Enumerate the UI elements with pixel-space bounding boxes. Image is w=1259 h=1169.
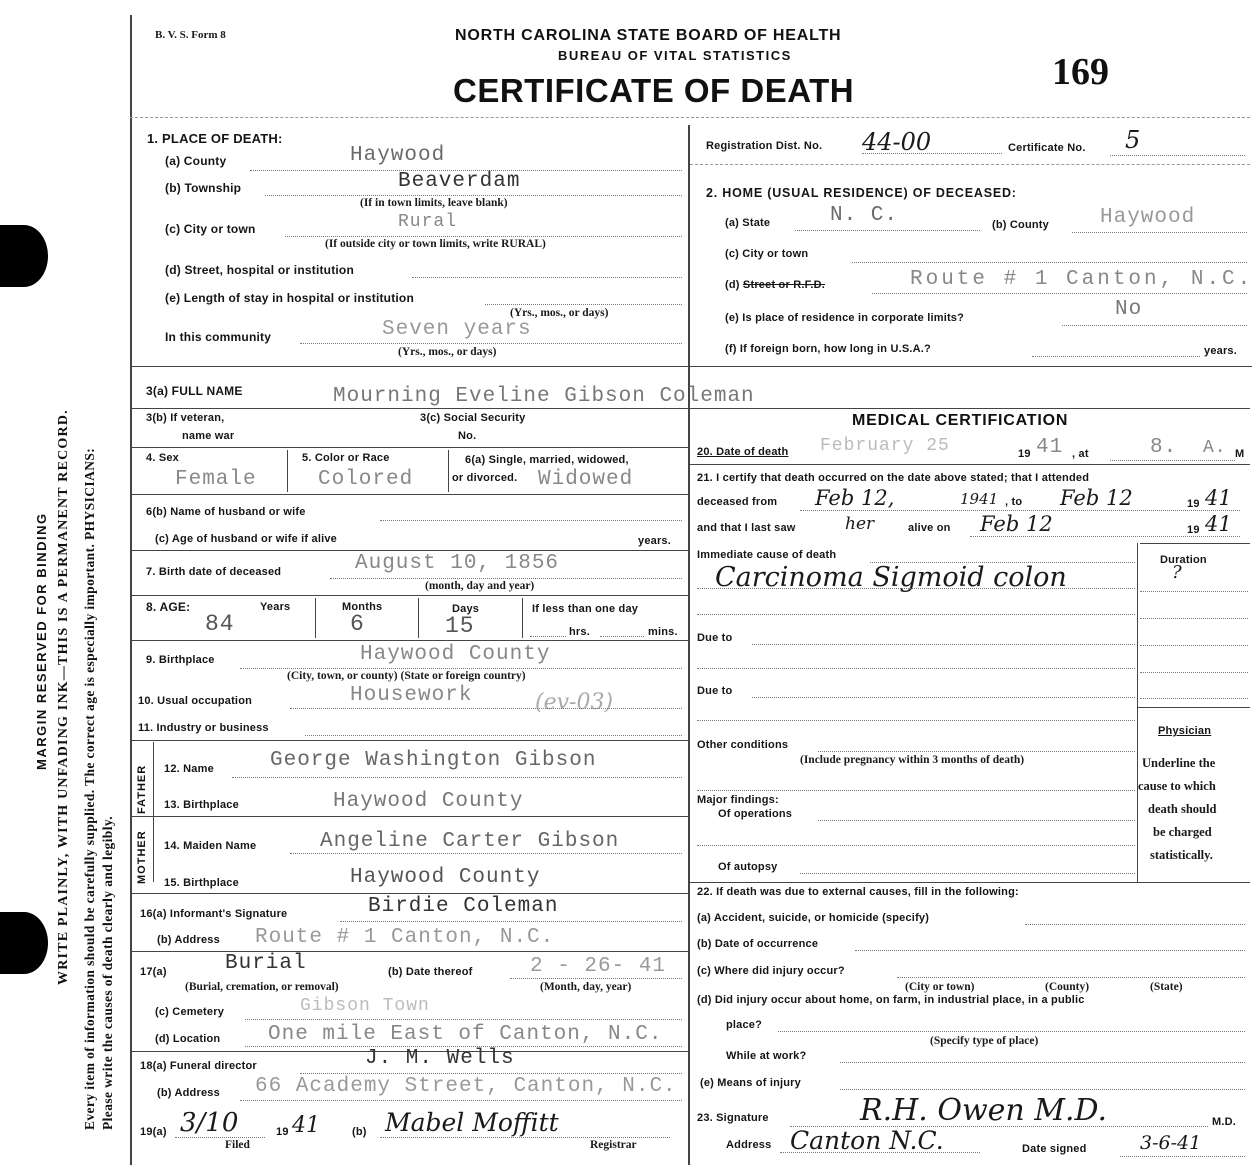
margin-permanent-record-note: WRITE PLAINLY, WITH UNFADING INK—THIS IS… [56,409,72,985]
last-alive-year: 41 [1205,512,1232,536]
burial-method-note: (Burial, cremation, or removal) [185,981,339,993]
external-causes-heading: 22. If death was due to external causes,… [697,886,1019,898]
autopsy-label: Of autopsy [718,861,777,873]
spouse-age-unit: years. [638,535,671,547]
sex-label: 4. Sex [146,452,179,464]
home-heading: 2. HOME (USUAL RESIDENCE) OF DECEASED: [706,186,1017,200]
form-id: B. V. S. Form 8 [155,29,226,41]
injury-state-note: (State) [1150,981,1183,993]
birth-date-note: (month, day and year) [425,580,534,592]
burial-method-value: Burial [225,952,307,975]
operations-label: Of operations [718,808,792,820]
home-state-label: (a) State [725,217,770,229]
filed-year-prefix: 19 [276,1126,289,1138]
home-state-value: N. C. [830,204,898,227]
injury-place-note: (Specify type of place) [930,1035,1038,1047]
marital-status-label: 6(a) Single, married, widowed, [465,454,629,466]
mother-birthplace-label: 15. Birthplace [164,877,239,889]
funeral-address-value: 66 Academy Street, Canton, N.C. [255,1075,677,1098]
physician-note-2: cause to which [1138,779,1216,794]
due-to-label-1: Due to [697,632,732,644]
duration-value: ? [1172,562,1182,583]
home-city-label: (c) City or town [725,248,808,260]
sex-value: Female [175,468,257,491]
death-township-label: (b) Township [165,181,241,195]
other-conditions-note: (Include pregnancy within 3 months of de… [800,754,1024,766]
veteran-label-2: name war [182,430,234,442]
death-meridiem-m: M [1235,448,1244,460]
agency-name: NORTH CAROLINA STATE BOARD OF HEALTH [455,27,841,45]
occupation-annotation: (ev-03) [535,690,613,715]
due-to-label-2: Due to [697,685,732,697]
marital-status-label-2: or divorced. [452,472,517,484]
location-value: One mile East of Canton, N.C. [268,1023,662,1046]
spouse-name-label: 6(b) Name of husband or wife [146,506,306,518]
death-county-label: (a) County [165,154,226,168]
corporate-limits-value: No [1115,298,1142,321]
death-year-value: 41 [1036,436,1063,459]
occupation-value: Housework [350,684,472,707]
birth-date-value: August 10, 1856 [355,552,559,575]
attended-from-label: deceased from [697,496,777,508]
birthplace-label: 9. Birthplace [146,654,215,666]
home-street-struck-label: Street or R.F.D. [743,279,825,291]
registrar-label: Registrar [590,1139,637,1151]
location-label: (d) Location [155,1033,220,1045]
physician-md-suffix: M.D. [1212,1116,1236,1128]
informant-address-value: Route # 1 Canton, N.C. [255,926,554,949]
death-at-label: , at [1072,448,1089,460]
birth-date-label: 7. Birth date of deceased [146,566,281,578]
date-signed-label: Date signed [1022,1143,1087,1155]
filed-label-prefix: 19(a) [140,1126,167,1138]
bureau-name: BUREAU OF VITAL STATISTICS [558,48,792,63]
burial-label: 17(a) [140,966,167,978]
home-street-label: (d) Street or R.F.D. [725,279,825,291]
medical-heading: MEDICAL CERTIFICATION [852,412,1068,430]
foreign-born-label: (f) If foreign born, how long in U.S.A.? [725,343,931,355]
duration-column-divider [1137,543,1138,883]
community-note: (Yrs., mos., or days) [398,346,497,358]
hours-label: hrs. [569,626,590,638]
place-of-death-heading: 1. PLACE OF DEATH: [147,131,283,146]
less-than-day-label: If less than one day [532,603,638,615]
attended-to-label: , to [1005,496,1022,508]
minutes-label: mins. [648,626,678,638]
physician-address-value: Canton N.C. [790,1126,944,1155]
accident-label: (a) Accident, suicide, or homicide (spec… [697,912,929,924]
injury-place-label-2: place? [726,1019,762,1031]
binding-hole-bottom [0,912,48,974]
father-name-label: 12. Name [164,763,214,775]
injury-place-label: (d) Did injury occur about home, on farm… [697,994,1085,1006]
last-alive-year-prefix: 19 [1187,524,1200,536]
funeral-address-label: (b) Address [157,1087,220,1099]
physician-note-5: statistically. [1150,848,1213,863]
immediate-cause-label: Immediate cause of death [697,549,836,561]
foreign-born-unit: years. [1204,345,1237,357]
informant-signature-label: 16(a) Informant's Signature [140,908,287,920]
physician-note-3: death should [1148,802,1216,817]
header-divider [130,117,1250,118]
funeral-director-label: 18(a) Funeral director [140,1060,257,1072]
registrar-signature: Mabel Moffitt [385,1108,559,1137]
death-year-prefix: 19 [1018,448,1031,460]
home-county-value: Haywood [1100,206,1195,229]
age-months-value: 6 [350,611,365,637]
attended-from-date: Feb 12, [815,486,894,510]
corporate-limits-label: (e) Is place of residence in corporate l… [725,312,964,324]
death-meridiem-value: A. [1203,438,1227,458]
birthplace-value: Haywood County [360,643,550,666]
form-center-divider [688,125,690,1165]
birthplace-note: (City, town, or county) (State or foreig… [287,670,526,682]
death-city-value: Rural [398,212,457,232]
registration-dist-value: 44-00 [862,128,931,156]
occupation-label: 10. Usual occupation [138,695,252,707]
physician-signature-label: 23. Signature [697,1112,769,1124]
form-left-border [130,15,132,1165]
injury-county-note: (County) [1045,981,1089,993]
father-name-value: George Washington Gibson [270,749,596,772]
cemetery-label: (c) Cemetery [155,1006,224,1018]
attended-to-year: 41 [1205,486,1232,510]
alive-on-label: alive on [908,522,951,534]
last-alive-date: Feb 12 [980,512,1053,536]
filed-date-value: 3/10 [180,1108,238,1138]
registrar-prefix: (b) [352,1126,367,1138]
full-name-value: Mourning Eveline Gibson Coleman [333,385,755,408]
city-note: (If outside city or town limits, write R… [325,238,546,250]
mother-name-label: 14. Maiden Name [164,840,256,852]
death-township-value: Beaverdam [398,170,520,193]
physician-heading: Physician [1158,725,1211,737]
informant-signature-value: Birdie Coleman [368,895,558,918]
other-conditions-label: Other conditions [697,739,788,751]
registration-dist-label: Registration Dist. No. [706,140,822,152]
father-birthplace-value: Haywood County [333,790,523,813]
home-county-label: (b) County [992,219,1049,231]
burial-date-label: (b) Date thereof [388,966,472,978]
certificate-title: CERTIFICATE OF DEATH [453,72,854,110]
age-label: 8. AGE: [146,600,190,614]
burial-date-value: 2 - 26- 41 [530,955,666,978]
veteran-label: 3(b) If veteran, [146,412,224,424]
physician-signature-value: R.H. Owen M.D. [860,1093,1107,1128]
mother-name-value: Angeline Carter Gibson [320,830,619,853]
attended-to-date: Feb 12 [1060,486,1133,510]
age-days-value: 15 [445,613,475,639]
death-date-label: 20. Date of death [697,446,788,458]
injury-city-note: (City or town) [905,981,974,993]
date-signed-value: 3-6-41 [1140,1132,1201,1154]
community-value: Seven years [382,318,532,341]
binding-hole-top [0,225,48,287]
mother-tag: MOTHER [136,818,148,884]
major-findings-label: Major findings: [697,794,779,806]
marital-status-value: Widowed [538,468,633,491]
certificate-no-label: Certificate No. [1008,142,1086,154]
death-county-value: Haywood [350,144,445,167]
attended-to-year-prefix: 19 [1187,498,1200,510]
years-label: Years [260,601,290,613]
funeral-director-value: J. M. Wells [365,1047,515,1070]
occurrence-date-label: (b) Date of occurrence [697,938,818,950]
age-years-value: 84 [205,611,235,637]
injury-location-label: (c) Where did injury occur? [697,965,845,977]
informant-address-label: (b) Address [157,934,220,946]
spouse-age-label: (c) Age of husband or wife if alive [155,533,337,545]
certify-statement: 21. I certify that death occurred on the… [697,472,1089,484]
death-city-label: (c) City or town [165,222,256,236]
home-street-value: Route # 1 Canton, N.C. [910,268,1253,291]
filed-label: Filed [225,1139,250,1151]
while-at-work-label: While at work? [726,1050,806,1062]
physician-note-1: Underline the [1142,756,1215,771]
father-tag: FATHER [136,746,148,814]
physician-address-label: Address [726,1139,771,1151]
full-name-label: 3(a) FULL NAME [146,384,243,398]
margin-instructions-line2: Please write the causes of death clearly… [100,816,116,1130]
last-saw-label: and that I last saw [697,522,796,534]
death-date-value: February 25 [820,436,950,456]
certificate-no-value: 5 [1125,126,1140,154]
death-street-label: (d) Street, hospital or institution [165,263,354,277]
hospital-stay-label: (e) Length of stay in hospital or instit… [165,291,414,305]
means-of-injury-label: (e) Means of injury [700,1077,801,1089]
home-street-prefix: (d) [725,279,740,291]
father-birthplace-label: 13. Birthplace [164,799,239,811]
attended-from-year: 1941 [960,490,998,508]
industry-label: 11. Industry or business [138,722,269,734]
margin-instructions-line1: Every item of information should be care… [82,448,98,1130]
race-value: Colored [318,468,413,491]
death-hour-value: 8. [1150,436,1177,459]
margin-binding-note: MARGIN RESERVED FOR BINDING [34,512,49,770]
last-saw-pronoun: her [845,514,874,534]
ssn-label: 3(c) Social Security [420,412,526,424]
duration-label: Duration [1160,554,1207,566]
mother-birthplace-value: Haywood County [350,866,540,889]
filed-year-value: 41 [292,1113,320,1138]
page-number: 169 [1052,50,1109,94]
burial-date-note: (Month, day, year) [540,981,631,993]
physician-note-4: be charged [1153,825,1212,840]
cemetery-value: Gibson Town [300,996,430,1016]
township-note: (If in town limits, leave blank) [360,197,508,209]
race-label: 5. Color or Race [302,452,390,464]
ssn-label-2: No. [458,430,476,442]
community-label: In this community [165,330,271,344]
